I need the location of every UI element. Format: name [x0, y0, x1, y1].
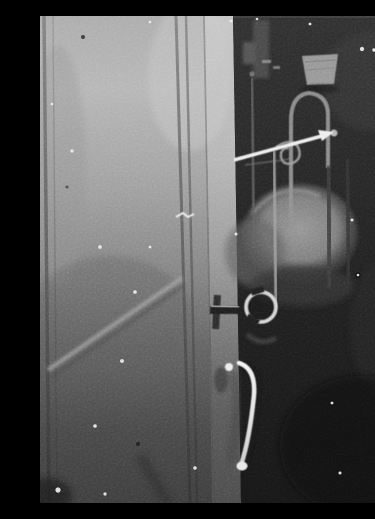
film-grain-overlay-2	[40, 16, 375, 503]
photo-canvas	[40, 16, 375, 503]
photograph: Grainy vintage black-and-white photograp…	[40, 16, 375, 503]
